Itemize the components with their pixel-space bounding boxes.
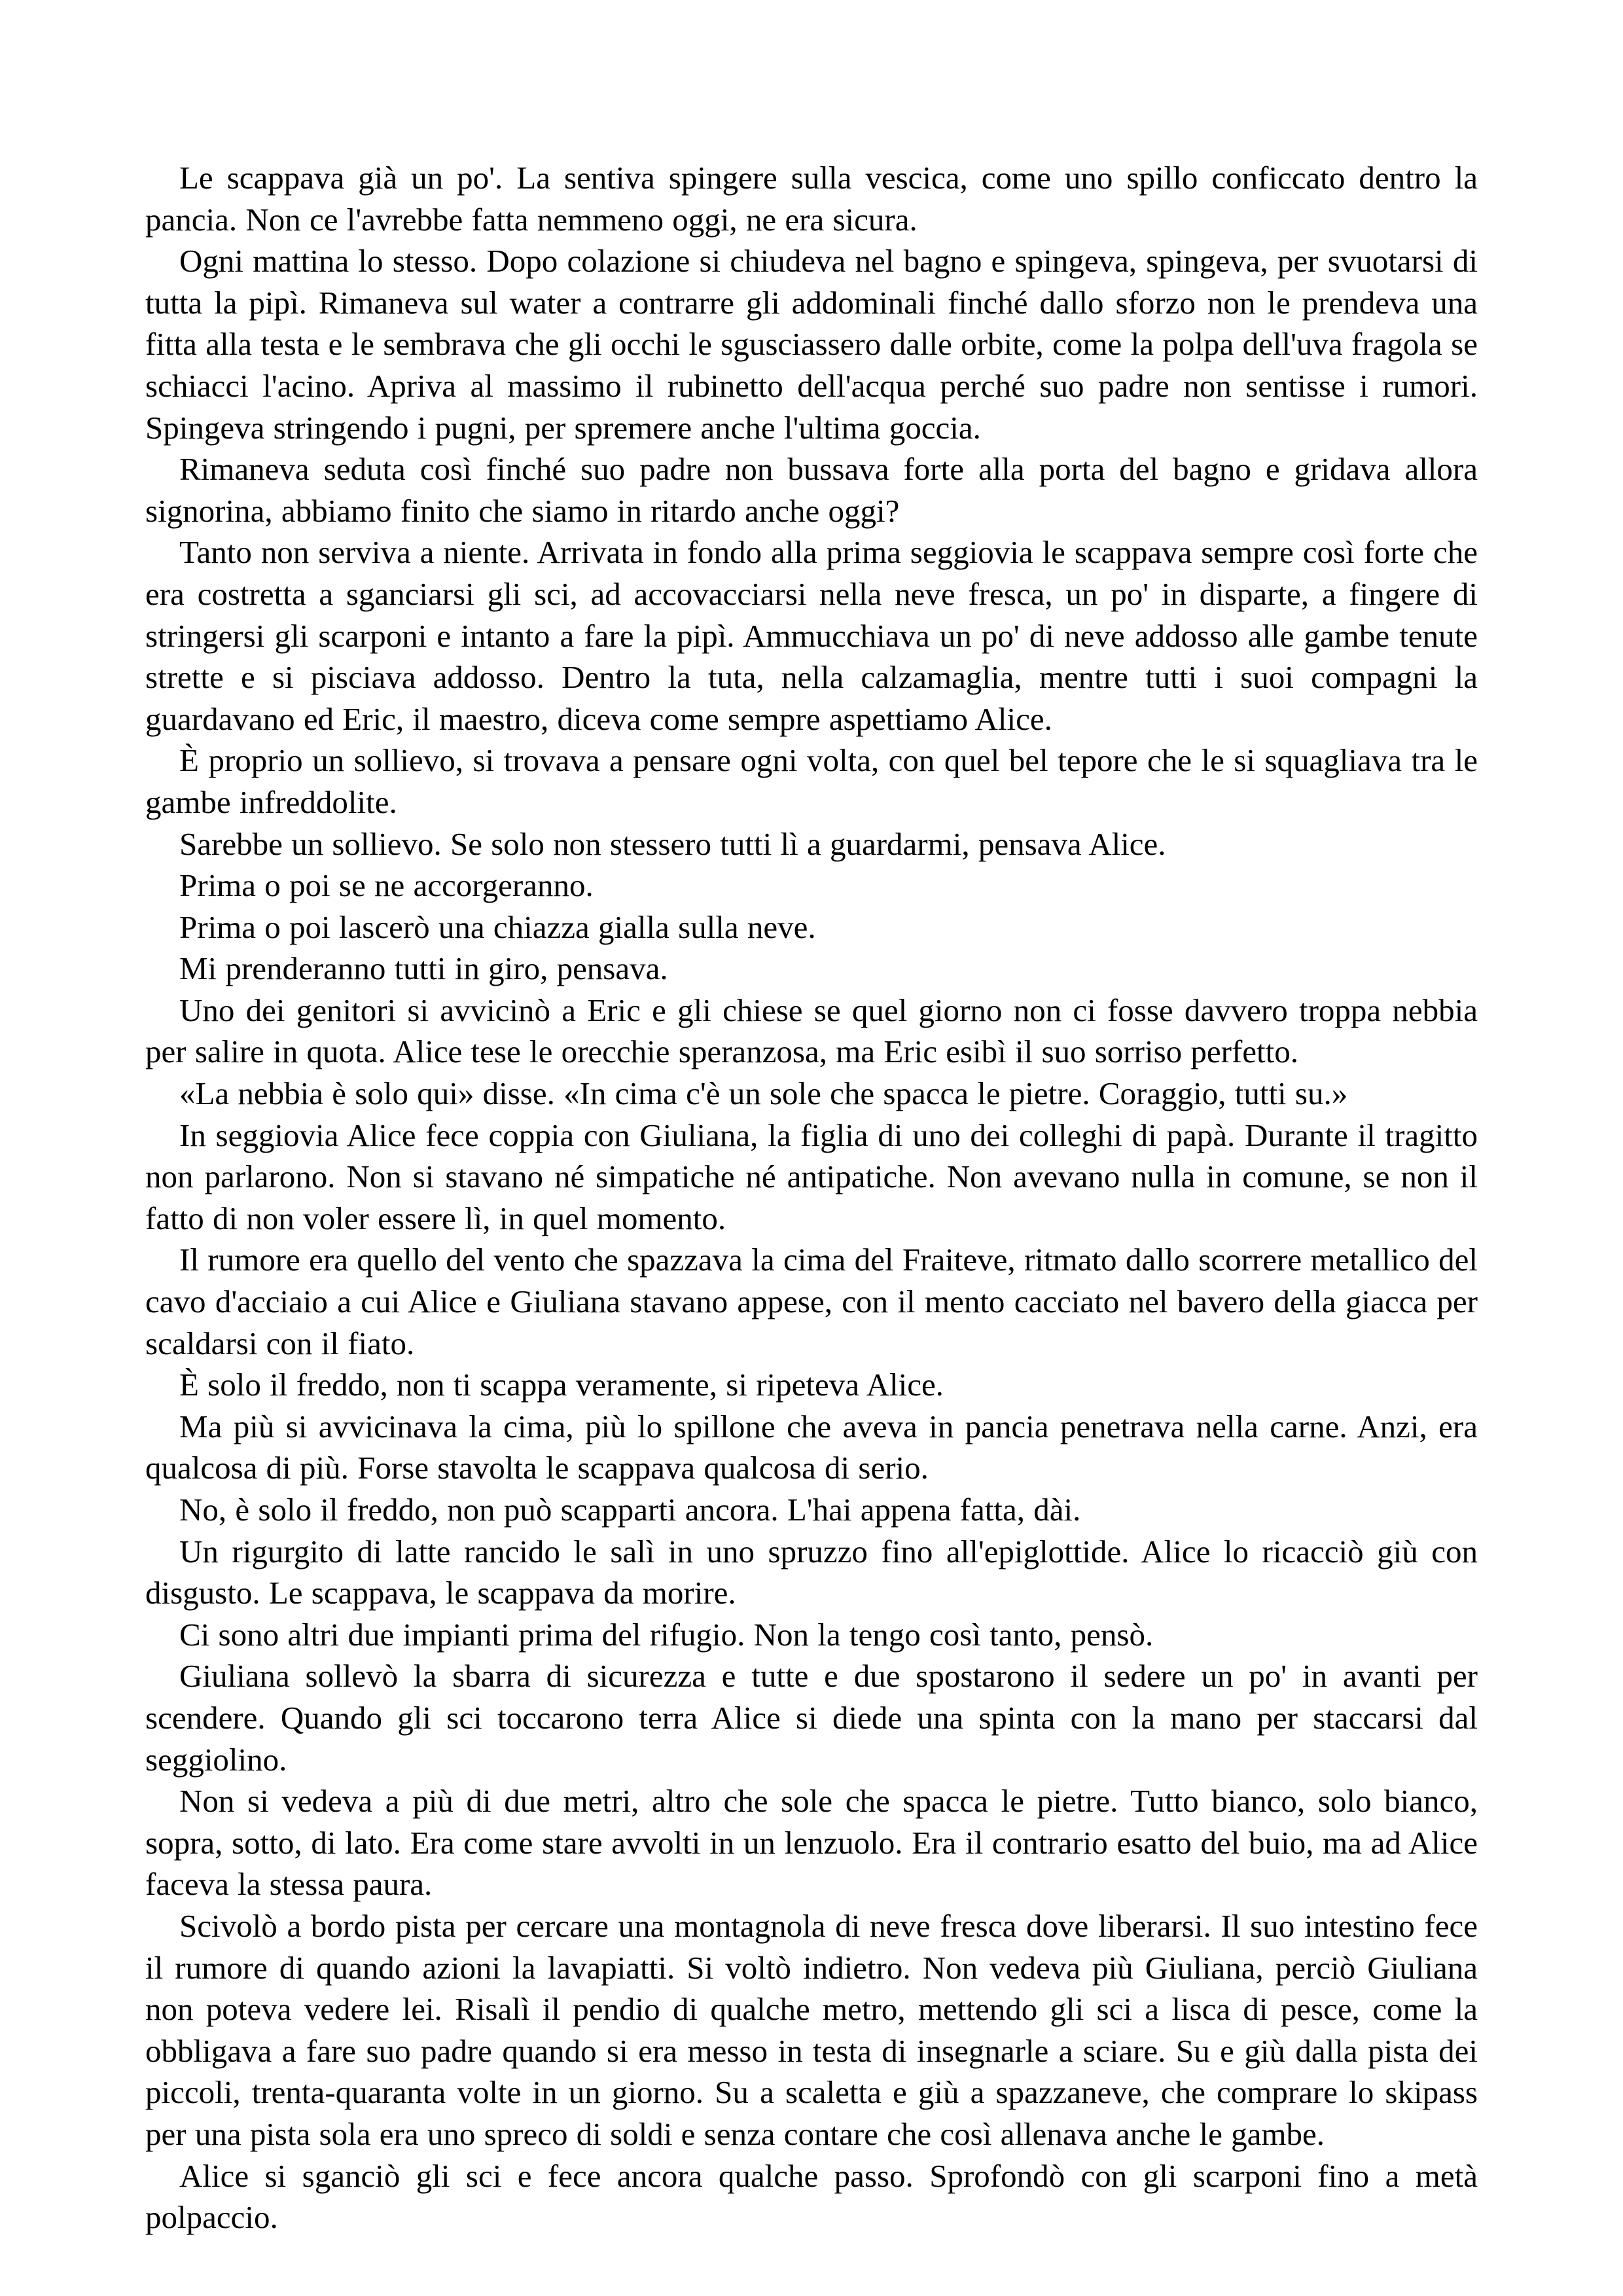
document-page: Le scappava già un po'. La sentiva sping… <box>0 0 1623 2296</box>
paragraph: Non si vedeva a più di due metri, altro … <box>145 1780 1478 1905</box>
body-text: Le scappava già un po'. La sentiva sping… <box>145 157 1478 2238</box>
paragraph: Sarebbe un sollievo. Se solo non stesser… <box>145 823 1478 865</box>
paragraph: Tanto non serviva a niente. Arrivata in … <box>145 531 1478 740</box>
paragraph: Prima o poi lascerò una chiazza gialla s… <box>145 906 1478 948</box>
paragraph: Il rumore era quello del vento che spazz… <box>145 1239 1478 1364</box>
paragraph: Alice si sganciò gli sci e fece ancora q… <box>145 2155 1478 2238</box>
paragraph: In seggiovia Alice fece coppia con Giuli… <box>145 1115 1478 1240</box>
paragraph: Scivolò a bordo pista per cercare una mo… <box>145 1905 1478 2155</box>
paragraph: Ma più si avvicinava la cima, più lo spi… <box>145 1406 1478 1489</box>
paragraph: Le scappava già un po'. La sentiva sping… <box>145 157 1478 240</box>
paragraph: Un rigurgito di latte rancido le salì in… <box>145 1531 1478 1614</box>
paragraph: È solo il freddo, non ti scappa verament… <box>145 1364 1478 1406</box>
paragraph: È proprio un sollievo, si trovava a pens… <box>145 740 1478 823</box>
paragraph: Mi prenderanno tutti in giro, pensava. <box>145 948 1478 990</box>
paragraph: No, è solo il freddo, non può scapparti … <box>145 1489 1478 1531</box>
paragraph: Ci sono altri due impianti prima del rif… <box>145 1614 1478 1656</box>
paragraph: «La nebbia è solo qui» disse. «In cima c… <box>145 1073 1478 1115</box>
paragraph: Prima o poi se ne accorgeranno. <box>145 865 1478 906</box>
paragraph: Giuliana sollevò la sbarra di sicurezza … <box>145 1655 1478 1780</box>
paragraph: Ogni mattina lo stesso. Dopo colazione s… <box>145 240 1478 448</box>
paragraph: Rimaneva seduta così finché suo padre no… <box>145 448 1478 531</box>
paragraph: Uno dei genitori si avvicinò a Eric e gl… <box>145 990 1478 1073</box>
